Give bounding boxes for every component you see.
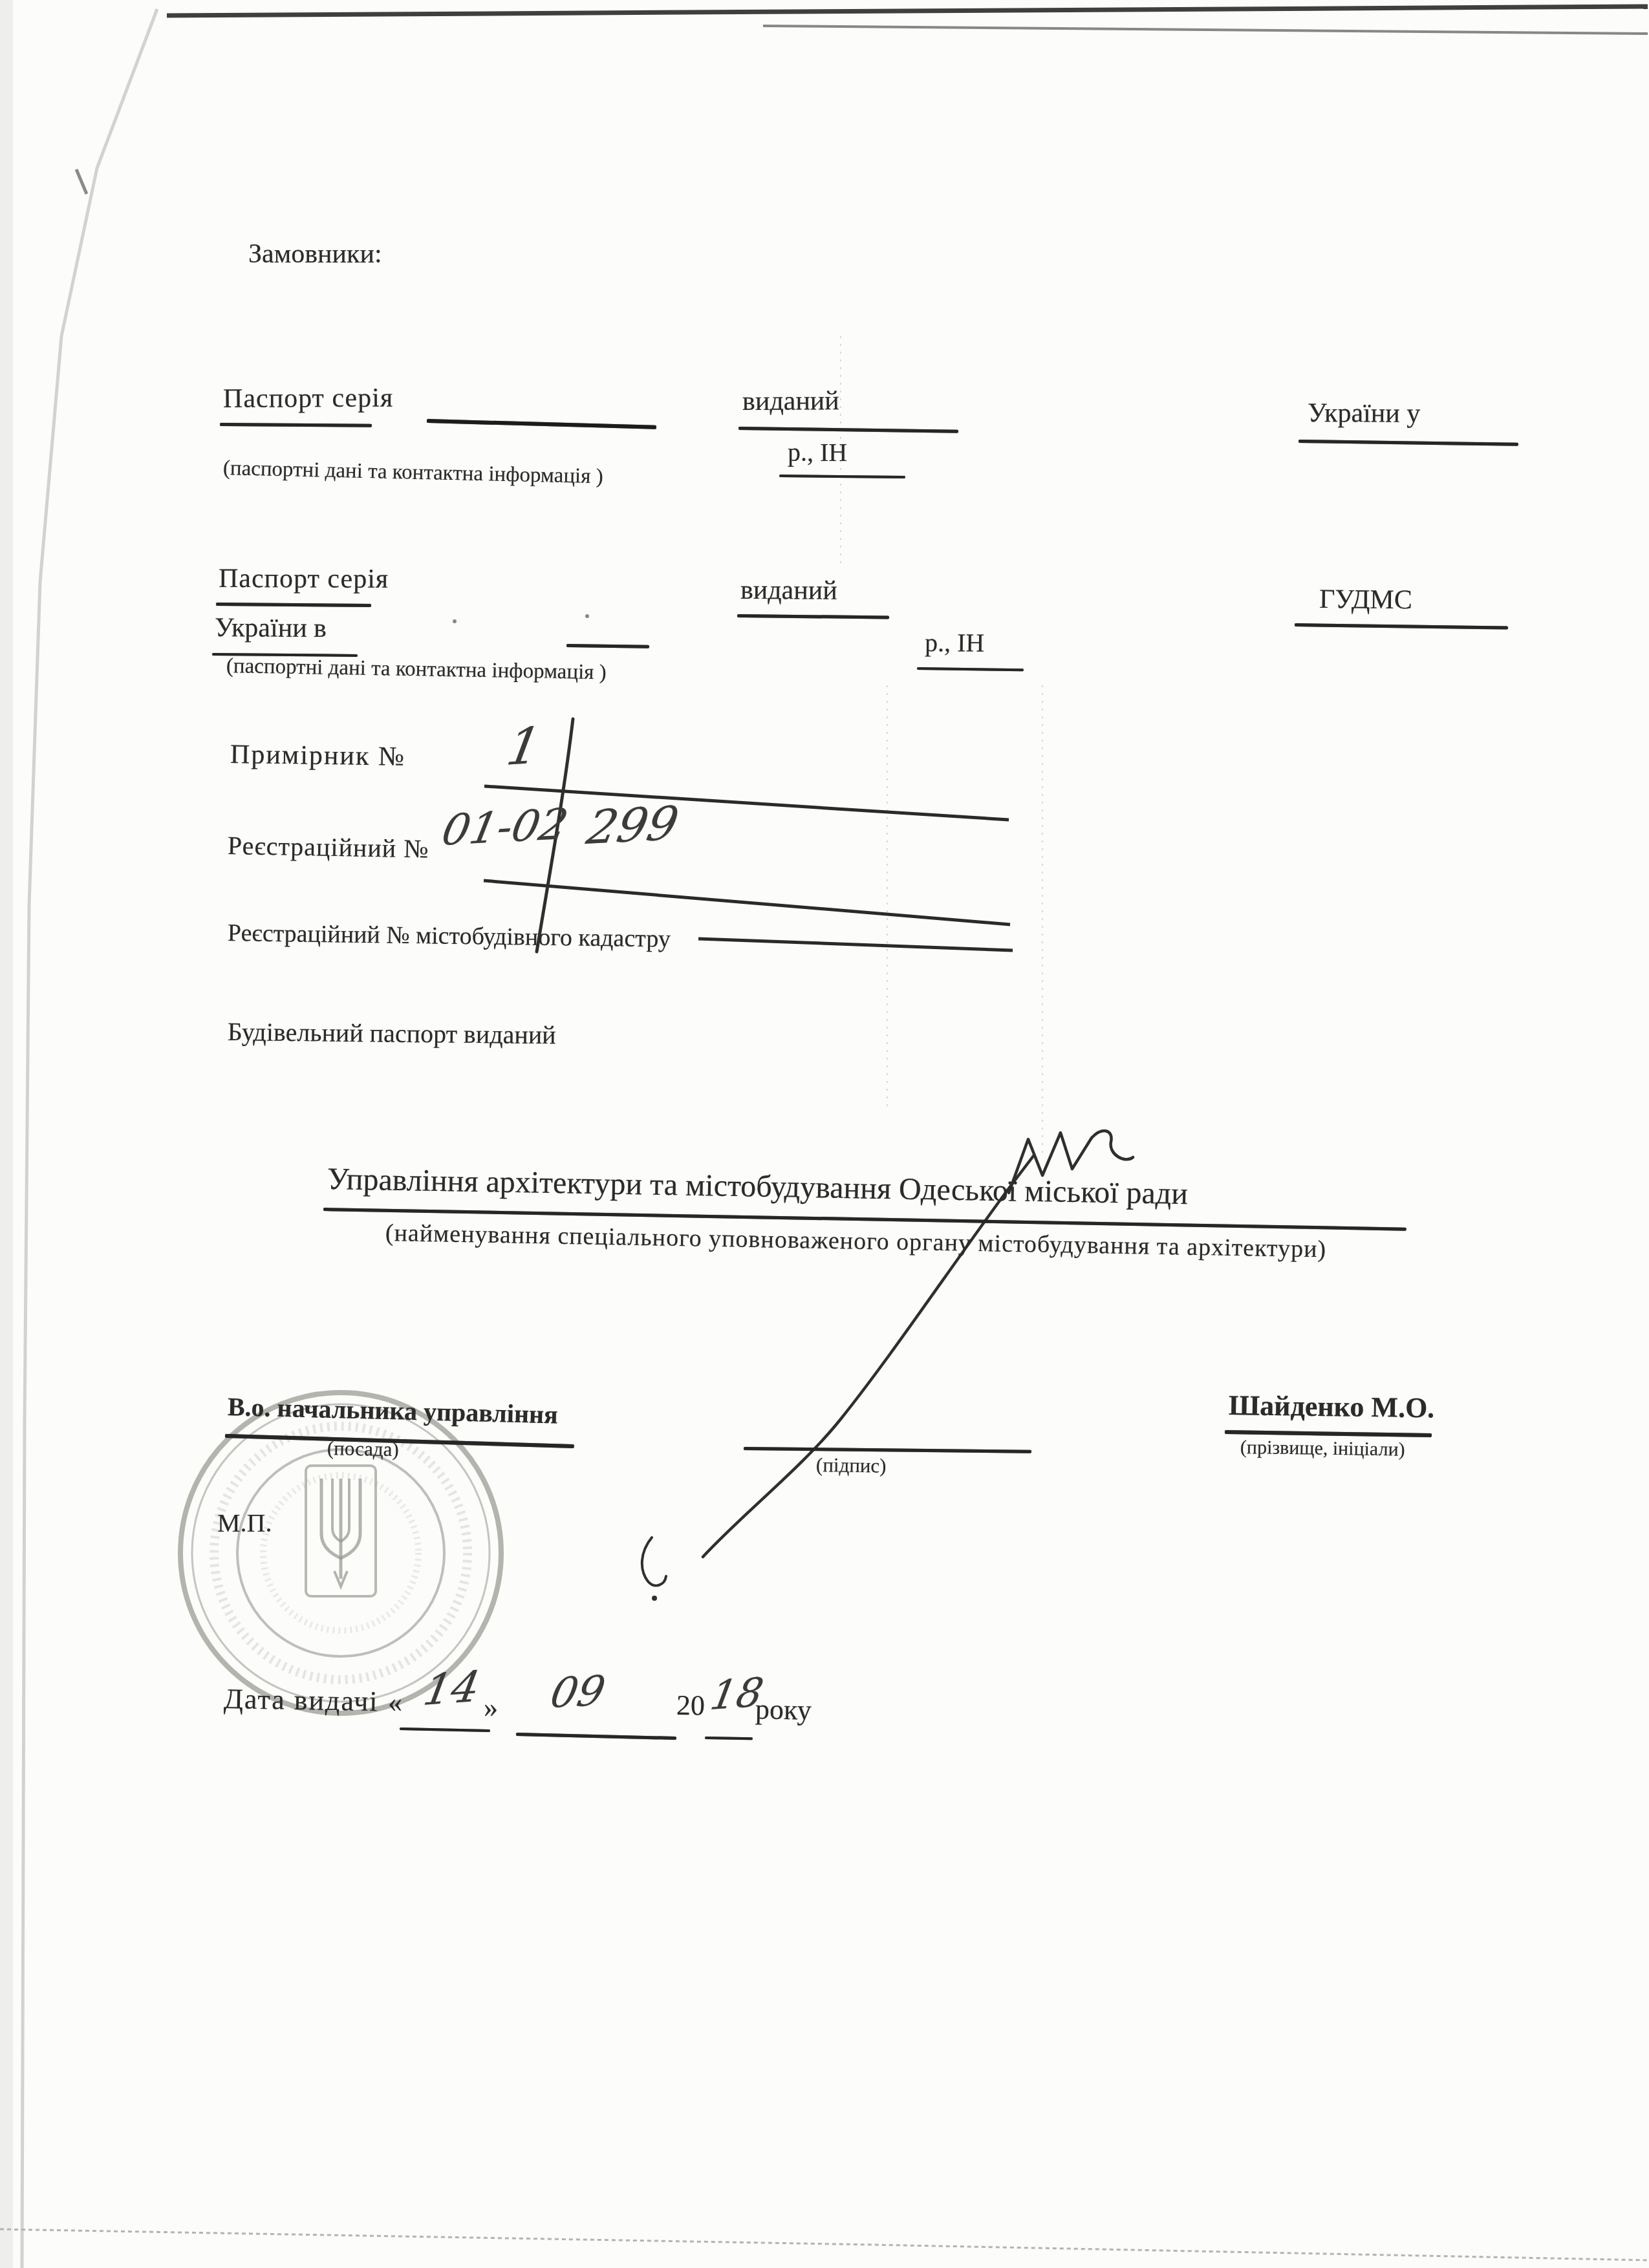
left-scan-edge-band xyxy=(0,0,13,2268)
short-blank-line-2 xyxy=(566,644,649,648)
country-underline-1 xyxy=(1299,440,1518,446)
issued-label-2: виданий xyxy=(740,577,837,604)
copy-number-handwritten-value: 1 xyxy=(503,721,544,773)
copy-number-label: Примірник № xyxy=(230,741,406,771)
signer-position-underline xyxy=(225,1434,574,1448)
seal-inner-text-ring xyxy=(263,1475,418,1631)
issue-date-open-quote: « xyxy=(388,1689,402,1717)
building-passport-issued-label: Будівельний паспорт виданий xyxy=(228,1019,556,1048)
passport-series-underline-2 xyxy=(216,603,371,607)
top-edge-line xyxy=(167,6,1648,16)
passport-caption-1: (паспортні дані та контактна інформація … xyxy=(223,458,603,487)
ukraine-trident-icon xyxy=(306,1466,376,1596)
seal-place-label: М.П. xyxy=(217,1510,272,1536)
issue-date-close-quote: » xyxy=(484,1694,498,1722)
rn-in-underline-1 xyxy=(779,475,905,478)
country-label-2: України в xyxy=(215,614,327,642)
scan-artifacts-layer xyxy=(0,0,1649,2268)
registration-number-handwritten-part1: 01-02 xyxy=(438,803,571,852)
ink-speck-1 xyxy=(453,619,457,623)
cadastre-number-blank-line xyxy=(698,939,1013,950)
passport-series-label-2: Паспорт серія xyxy=(219,565,389,593)
issued-underline-2 xyxy=(737,614,889,619)
issued-label-1: виданий xyxy=(742,387,839,415)
issue-date-year-underline xyxy=(705,1737,753,1740)
signer-name: Шайденко М.О. xyxy=(1229,1391,1435,1422)
issue-date-label: Дата видачі xyxy=(224,1685,379,1716)
position-caption: (посада) xyxy=(327,1438,400,1459)
signer-name-caption: (прізвище, ініціали) xyxy=(1240,1438,1405,1460)
ink-speck-2 xyxy=(585,614,589,618)
issue-date-century: 20 xyxy=(676,1691,706,1720)
issue-date-year-word: року xyxy=(755,1695,812,1725)
country-label-1: України у xyxy=(1308,400,1420,427)
office-underline-2 xyxy=(1295,623,1508,630)
authority-name: Управління архітектури та містобудування… xyxy=(327,1164,1189,1210)
passport-caption-2: (паспортні дані та контактна інформація … xyxy=(226,656,607,683)
passport-series-underline-1 xyxy=(220,423,372,427)
registration-number-blank-line xyxy=(484,881,1010,925)
issue-date-day-underline xyxy=(400,1728,490,1732)
signature-blank-line xyxy=(744,1447,1031,1453)
signature-curl-stroke xyxy=(642,1537,666,1585)
seal-rim-text-ring xyxy=(214,1426,468,1680)
issue-date-handwritten-month: 09 xyxy=(547,1671,609,1715)
signer-position: В.о. начальника управління xyxy=(228,1394,559,1428)
issue-date-month-underline xyxy=(516,1733,676,1740)
signature-ink-dot xyxy=(652,1596,657,1601)
authority-caption: (найменування спеціального уповноваженог… xyxy=(385,1221,1327,1261)
rn-in-label-1: р., ІН xyxy=(788,440,847,465)
customers-label: Замовники: xyxy=(248,241,382,268)
page-fold-edge xyxy=(22,9,157,2268)
office-label-2: ГУДМС xyxy=(1319,586,1412,614)
issue-date-handwritten-day: 14 xyxy=(420,1665,483,1712)
registration-number-handwritten-part2: 299 xyxy=(583,800,682,851)
rn-in-underline-2 xyxy=(917,667,1024,671)
fold-tick-mark xyxy=(76,169,87,194)
bottom-edge-line xyxy=(0,2229,1649,2260)
scanned-document-page: Замовники: Паспорт серія виданий України… xyxy=(0,0,1649,2268)
issued-underline-1 xyxy=(738,427,958,433)
passport-series-blank-line-1 xyxy=(427,419,656,429)
rn-in-label-2: р., ІН xyxy=(925,630,985,656)
top-edge-line-2 xyxy=(763,26,1648,34)
registration-number-label: Реєстраційний № xyxy=(228,833,429,862)
passport-series-label-1: Паспорт серія xyxy=(223,385,393,412)
cadastre-number-label: Реєстраційний № містобудівного кадастру xyxy=(228,921,671,952)
signature-caption: (підпис) xyxy=(816,1455,887,1476)
